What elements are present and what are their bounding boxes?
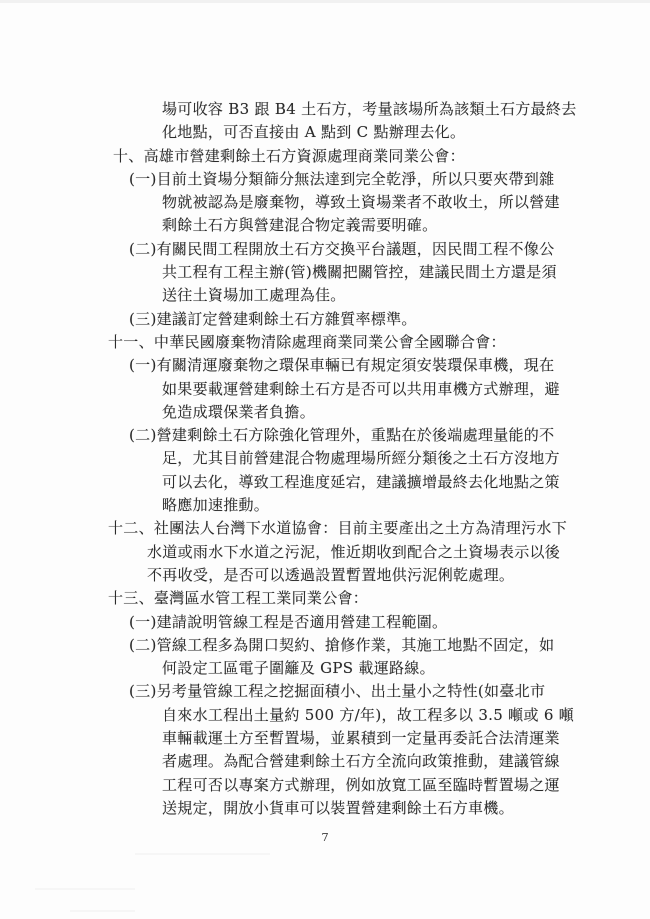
text-line: (一)目前土資場分類篩分無法達到完全乾淨，所以只要夾帶到雜	[129, 168, 650, 191]
text-line: (二)營建剩餘土石方除強化管理外，重點在於後端處理量能的不	[129, 424, 650, 447]
scan-streak-artifact	[35, 888, 135, 890]
text-line: 免造成環保業者負擔。	[162, 401, 650, 424]
text-line: 送規定，開放小貨車可以裝置營建剩餘土石方車機。	[162, 797, 650, 820]
text-line: 略應加速推動。	[162, 494, 650, 517]
text-line: (三)另考量管線工程之挖掘面積小、出土量小之特性(如臺北市	[129, 680, 650, 703]
scan-edge-artifact	[0, 0, 650, 3]
text-line: 物就被認為是廢棄物，導致土資場業者不敢收土，所以營建	[162, 191, 650, 214]
text-line: 送往土資場加工處理為佳。	[162, 284, 650, 307]
text-line: 十三、臺灣區水管工程工業同業公會：	[108, 587, 650, 610]
text-line: 十一、中華民國廢棄物清除處理商業同業公會全國聯合會：	[108, 331, 650, 354]
text-line: 場可收容 B3 跟 B4 土石方，考量該場所為該類土石方最終去	[162, 98, 650, 121]
text-line: 十、高雄市營建剩餘土石方資源處理商業同業公會：	[113, 145, 650, 168]
scan-streak-artifact	[135, 853, 270, 855]
text-line: 車輛載運土方至暫置場，並累積到一定量再委託合法清運業	[162, 727, 650, 750]
text-line: 可以去化，導致工程進度延宕，建議擴增最終去化地點之策	[162, 471, 650, 494]
text-line: 剩餘土石方與營建混合物定義需要明確。	[162, 214, 650, 237]
text-line: 不再收受，是否可以透過設置暫置地供污泥俐乾處理。	[147, 564, 650, 587]
scan-streak-artifact	[70, 910, 135, 912]
text-line: (一)建請說明管線工程是否適用營建工程範圍。	[129, 611, 650, 634]
text-line: (二)管線工程多為開口契約、搶修作業，其施工地點不固定，如	[129, 634, 650, 657]
text-line: 者處理。為配合營建剩餘土石方全流向政策推動，建議管線	[162, 750, 650, 773]
text-line: 足，尤其目前營建混合物處理場所經分類後之土石方沒地方	[162, 447, 650, 470]
page-number: 7	[0, 830, 650, 844]
text-line: 化地點，可否直接由 A 點到 C 點辦理去化。	[162, 121, 650, 144]
text-line: (三)建議訂定營建剩餘土石方雜質率標準。	[129, 308, 650, 331]
document-page: 場可收容 B3 跟 B4 土石方，考量該場所為該類土石方最終去化地點，可否直接由…	[0, 0, 650, 919]
text-line: (一)有關清運廢棄物之環保車輛已有規定須安裝環保車機，現在	[129, 354, 650, 377]
text-line: 何設定工區電子圍籬及 GPS 載運路線。	[162, 657, 650, 680]
text-line: 工程可否以專案方式辦理，例如放寬工區至臨時暫置場之運	[162, 774, 650, 797]
text-line: 自來水工程出土量約 500 方/年)，故工程多以 3.5 噸或 6 噸	[162, 704, 650, 727]
document-body: 場可收容 B3 跟 B4 土石方，考量該場所為該類土石方最終去化地點，可否直接由…	[0, 98, 650, 820]
text-line: (二)有關民間工程開放土石方交換平台議題，因民間工程不像公	[129, 238, 650, 261]
text-line: 水道或雨水下水道之污泥，惟近期收到配合之土資場表示以後	[147, 541, 650, 564]
text-line: 共工程有工程主辦(管)機關把關管控，建議民間土方還是須	[162, 261, 650, 284]
text-line: 如果要載運營建剩餘土石方是否可以共用車機方式辦理，避	[162, 378, 650, 401]
text-line: 十二、社團法人台灣下水道協會：目前主要產出之土方為清理污水下	[108, 517, 650, 540]
